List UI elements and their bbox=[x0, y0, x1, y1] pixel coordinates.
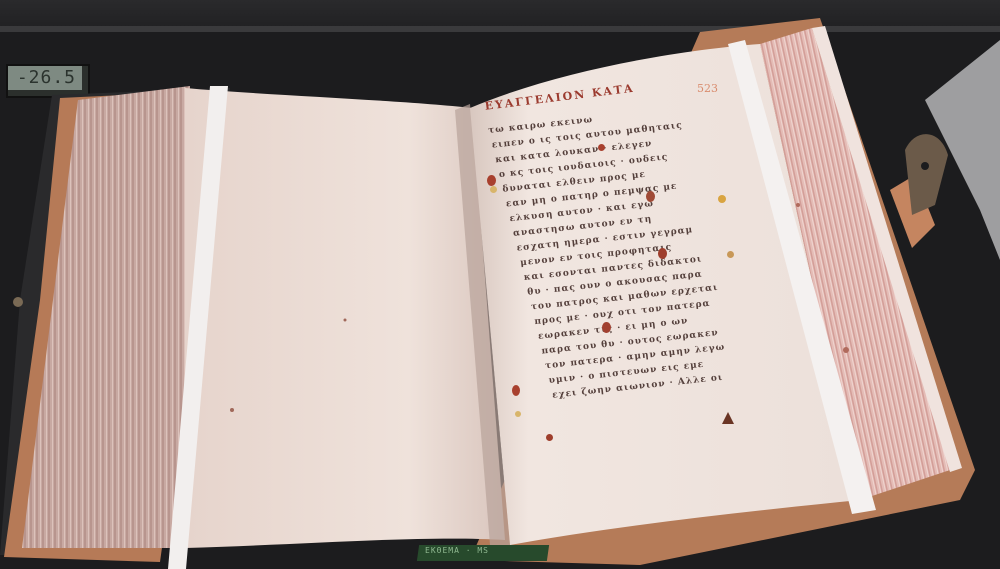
manuscript-book bbox=[0, 0, 1000, 569]
gold-alpha-initial bbox=[722, 412, 734, 424]
gold-initial bbox=[515, 411, 521, 417]
red-initial bbox=[658, 248, 667, 259]
photo-scene: -26.5 bbox=[0, 0, 1000, 569]
clasp-hole bbox=[921, 162, 929, 170]
left-pin bbox=[13, 297, 23, 307]
red-initial bbox=[646, 191, 655, 202]
left-page bbox=[185, 88, 505, 548]
red-initial bbox=[602, 322, 611, 333]
gold-initial bbox=[490, 186, 497, 193]
red-initial bbox=[487, 175, 496, 186]
museum-label-text: ΕΚΘΕΜΑ · MS bbox=[425, 546, 489, 555]
red-initial bbox=[598, 144, 605, 151]
red-initial bbox=[546, 434, 553, 441]
folio-number: 523 bbox=[697, 82, 718, 95]
red-initial bbox=[512, 385, 520, 396]
gold-initial bbox=[727, 251, 734, 258]
clasp-metal bbox=[905, 134, 948, 215]
gold-initial bbox=[718, 195, 726, 203]
